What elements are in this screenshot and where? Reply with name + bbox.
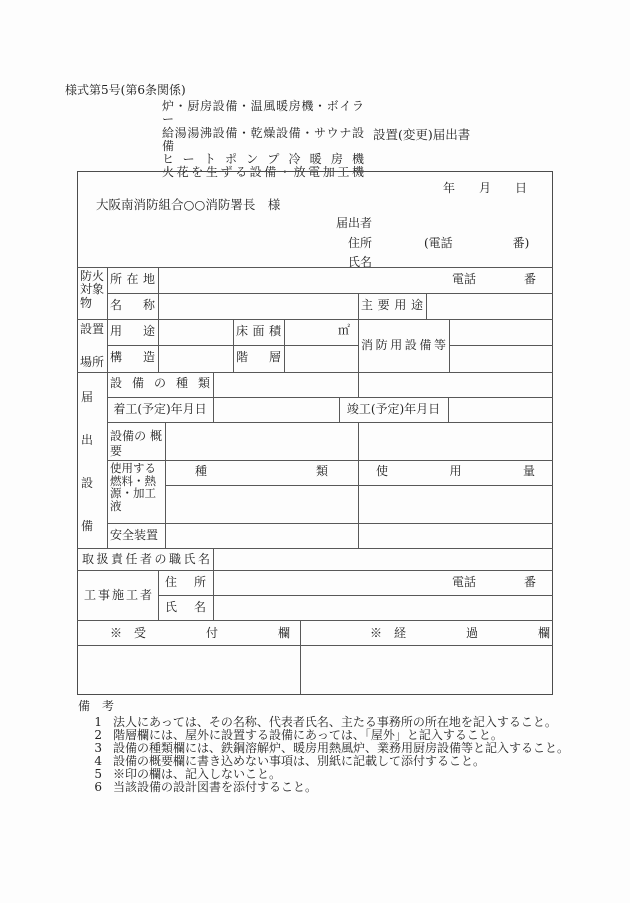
note-text: 当該設備の設計図書を添付すること。 (113, 781, 317, 794)
grid-line-vertical (426, 293, 427, 319)
grid-line-vertical (233, 319, 234, 372)
grid-line-horizontal (77, 645, 553, 646)
progress-box-header: ※ 経 過 欄 (370, 627, 550, 640)
location-label: 所在地 (110, 273, 155, 286)
fire-equipment-label: 消防用設備等 (361, 339, 446, 352)
floor-area-unit: ㎡ (290, 324, 350, 337)
grid-line-horizontal (107, 397, 553, 398)
grid-line-vertical (339, 397, 340, 422)
grid-line-horizontal (77, 620, 553, 621)
grid-line-vertical (158, 570, 159, 620)
story-label: 階層 (236, 351, 281, 364)
grid-line-vertical (213, 372, 214, 422)
note-item: 6当該設備の設計図書を添付すること。 (78, 781, 618, 794)
grid-line-vertical (165, 422, 166, 548)
use-label: 用途 (110, 325, 155, 338)
notifier-phone-label: (電話 番) (424, 237, 529, 250)
grid-line-vertical (158, 267, 159, 372)
date-line: 年 月 日 (443, 182, 527, 195)
equipment-type-line: 給湯湯沸設備・乾燥設備・サウナ設備 (162, 127, 364, 154)
notes-heading: 備 考 (78, 700, 618, 713)
equipment-type-line: 炉・厨房設備・温風暖房機・ボイラー (162, 100, 364, 127)
grid-line-horizontal (77, 548, 553, 549)
document-title: 設置(変更)届出書 (373, 128, 470, 141)
equipment-outline-label: 設備の 概要 (110, 429, 162, 458)
grid-line-vertical (358, 293, 359, 397)
floor-area-label: 床面積 (236, 325, 281, 338)
completion-date-label: 竣工(予定)年月日 (340, 403, 447, 416)
notifier-label: 届出者 (336, 217, 372, 230)
object-name-label: 名称 (110, 299, 155, 312)
grid-line-vertical (358, 422, 359, 548)
note-number: 6 (78, 781, 102, 794)
addressee: 大阪南消防組合○○消防署長 様 (96, 198, 280, 211)
fuel-kind-header: 種類 (167, 465, 356, 478)
reception-box-header: ※ 受 付 欄 (110, 627, 290, 640)
contractor-group-label: 工事施工者 (84, 589, 152, 602)
grid-line-horizontal (107, 523, 553, 524)
contractor-name-label: 氏名 (161, 601, 210, 614)
location-phone-label: 電話 番 (452, 273, 536, 286)
start-date-label: 着工(予定)年月日 (108, 403, 212, 416)
form-number: 様式第5号(第6条関係) (65, 84, 186, 97)
install-place-group-top: 設置 (80, 323, 106, 336)
main-use-label: 主要用途 (361, 299, 423, 312)
grid-line-horizontal (77, 319, 553, 320)
form-document: 様式第5号(第6条関係) 炉・厨房設備・温風暖房機・ボイラー 給湯湯沸設備・乾燥… (0, 0, 630, 903)
grid-line-horizontal (107, 293, 553, 294)
grid-line-vertical (300, 620, 301, 694)
grid-line-horizontal (158, 595, 553, 596)
handler-label: 取扱責任者の職氏名 (82, 553, 210, 566)
grid-line-vertical (284, 319, 285, 372)
install-place-group-bottom: 場所 (80, 356, 106, 369)
structure-label: 構造 (110, 351, 155, 364)
grid-line-vertical (107, 267, 108, 548)
grid-line-horizontal (77, 267, 553, 268)
grid-line-horizontal (77, 372, 553, 373)
notifier-address-label: 住所 (348, 237, 372, 250)
grid-line-horizontal (449, 345, 553, 346)
fuel-amount-header: 使用量 (360, 465, 551, 478)
grid-line-horizontal (107, 422, 553, 423)
grid-line-horizontal (165, 485, 553, 486)
fuel-source-label: 使用する 燃料・熱 源・加工 液 (110, 462, 162, 512)
grid-line-vertical (448, 397, 449, 422)
equipment-kind-label: 設備の種類 (110, 377, 210, 390)
grid-line-vertical (449, 319, 450, 372)
fire-object-group-label: 防火 対象 物 (80, 270, 106, 310)
safety-device-label: 安全装置 (110, 529, 158, 542)
grid-line-vertical (213, 548, 214, 620)
contractor-address-label: 住所 (161, 576, 210, 589)
grid-line-horizontal (107, 460, 553, 461)
notified-equipment-group-label: 届 出 設 備 (81, 376, 105, 548)
equipment-type-list: 炉・厨房設備・温風暖房機・ボイラー 給湯湯沸設備・乾燥設備・サウナ設備 ヒートポ… (162, 100, 364, 180)
notes-section: 備 考 1法人にあっては、その名称、代表者氏名、主たる事務所の所在地を記入するこ… (78, 700, 618, 794)
grid-line-horizontal (77, 570, 553, 571)
contractor-phone-label: 電話 番 (452, 576, 536, 589)
